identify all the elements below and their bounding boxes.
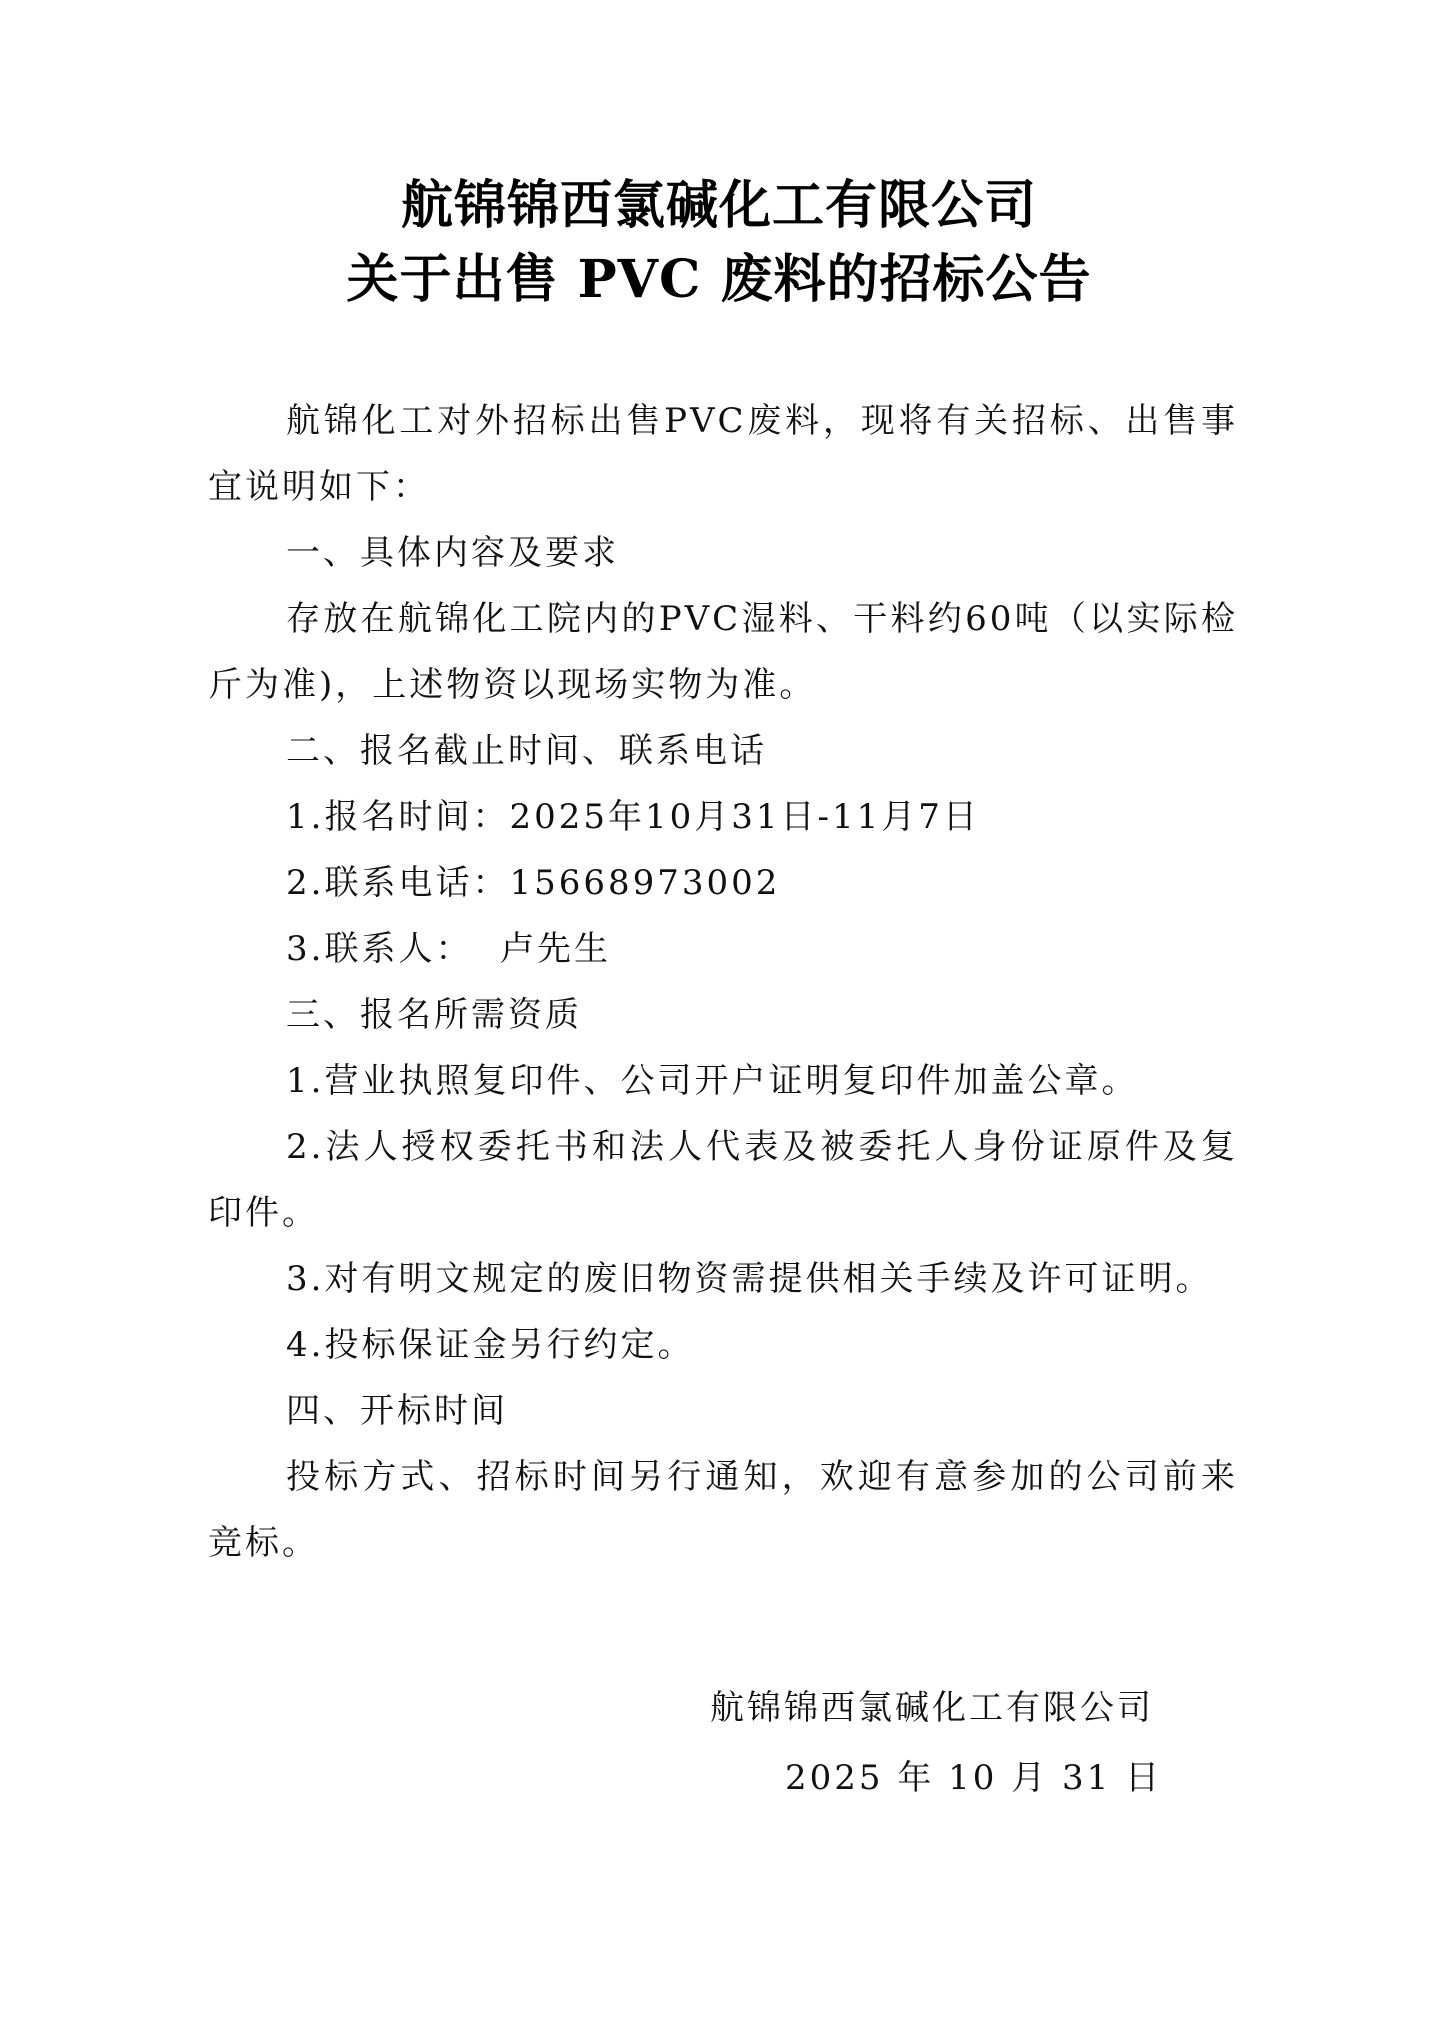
section-heading-3: 三、报名所需资质 [208, 982, 1238, 1048]
document-page: 航锦锦西氯碱化工有限公司 关于出售 PVC 废料的招标公告 航锦化工对外招标出售… [0, 0, 1438, 2034]
qualification-item-3: 3.对有明文规定的废旧物资需提供相关手续及许可证明。 [208, 1246, 1238, 1312]
intro-paragraph: 航锦化工对外招标出售PVC废料，现将有关招标、出售事宜说明如下： [208, 388, 1238, 520]
section-heading-2: 二、报名截止时间、联系电话 [208, 718, 1238, 784]
qualification-item-2: 2.法人授权委托书和法人代表及被委托人身份证原件及复印件。 [208, 1114, 1238, 1246]
signature-organization: 航锦锦西氯碱化工有限公司 [710, 1680, 1154, 1729]
title-announcement: 关于出售 PVC 废料的招标公告 [0, 246, 1438, 314]
content-paragraph: 存放在航锦化工院内的PVC湿料、干料约60吨（以实际检斤为准)，上述物资以现场实… [208, 586, 1238, 718]
registration-time: 1.报名时间：2025年10月31日-11月7日 [208, 784, 1238, 850]
section-heading-1: 一、具体内容及要求 [208, 520, 1238, 586]
qualification-item-4: 4.投标保证金另行约定。 [208, 1312, 1238, 1378]
qualification-item-1: 1.营业执照复印件、公司开户证明复印件加盖公章。 [208, 1048, 1238, 1114]
closing-paragraph: 投标方式、招标时间另行通知，欢迎有意参加的公司前来竞标。 [208, 1444, 1238, 1576]
section-heading-4: 四、开标时间 [208, 1378, 1238, 1444]
contact-phone: 2.联系电话：15668973002 [208, 850, 1238, 916]
contact-person: 3.联系人： 卢先生 [208, 916, 1238, 982]
signature-date: 2025 年 10 月 31 日 [785, 1750, 1162, 1799]
document-body: 航锦化工对外招标出售PVC废料，现将有关招标、出售事宜说明如下： 一、具体内容及… [208, 388, 1238, 1576]
title-company: 航锦锦西氯碱化工有限公司 [0, 172, 1438, 240]
